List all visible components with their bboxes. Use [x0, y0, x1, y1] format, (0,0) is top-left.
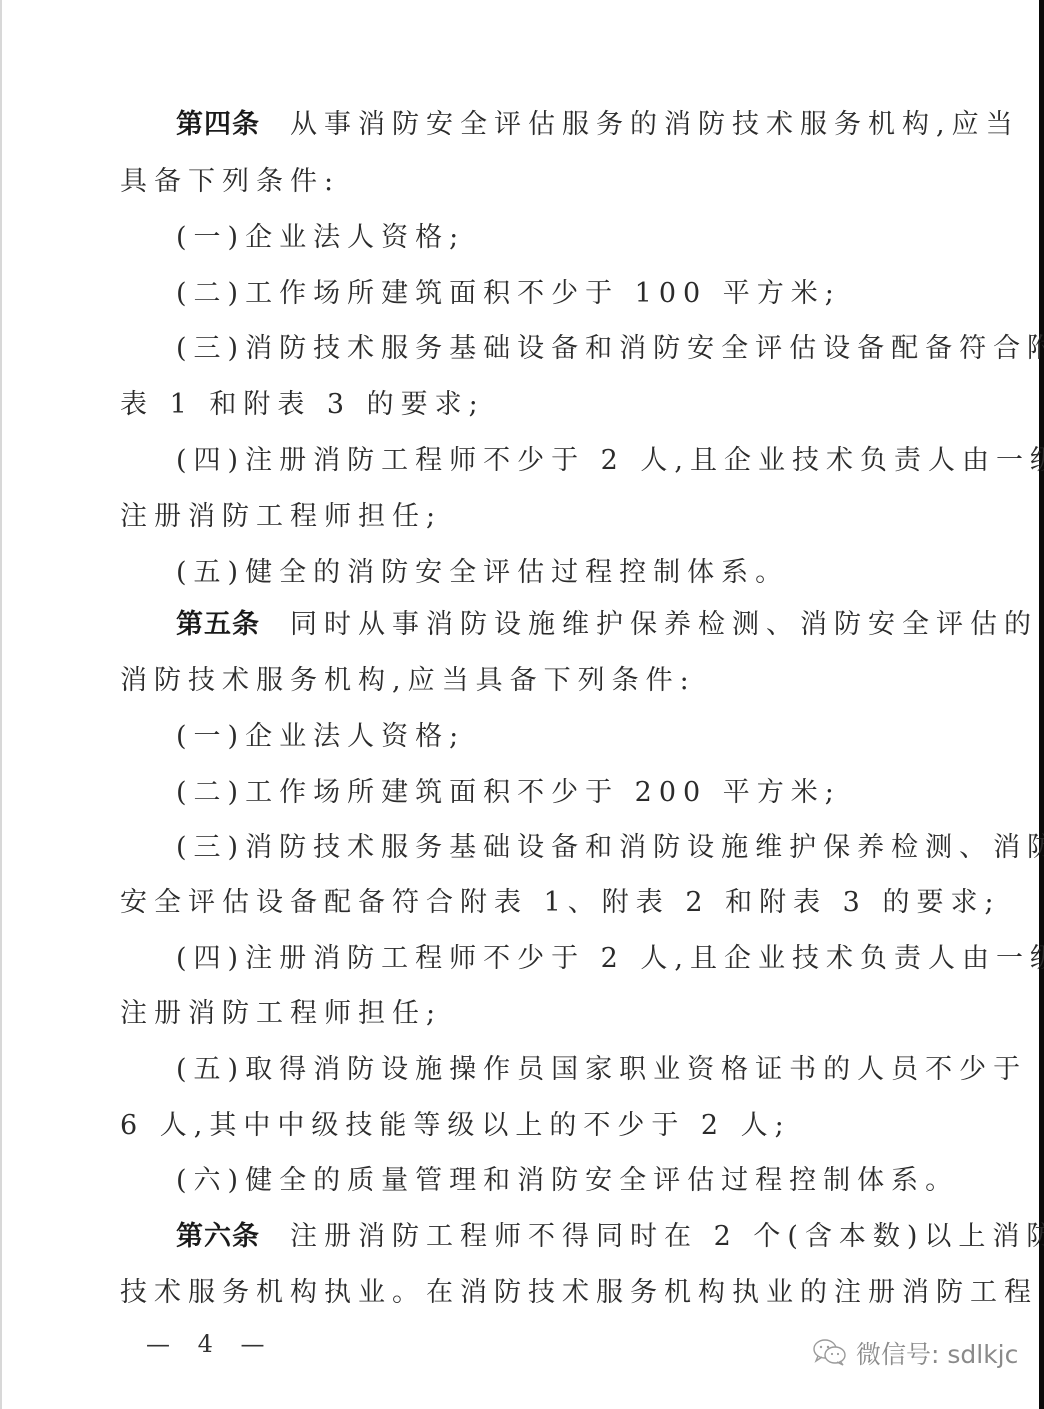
line-text: 同时从事消防设施维护保养检测、消防安全评估的: [290, 609, 1038, 640]
line-text: (六)健全的质量管理和消防安全评估过程控制体系。: [176, 1165, 959, 1196]
watermark-text: 微信号: sdlkjc: [856, 1335, 1018, 1371]
text-line: (三)消防技术服务基础设备和消防设施维护保养检测、消防: [176, 831, 1044, 865]
line-text: (二)工作场所建筑面积不少于 200 平方米;: [176, 777, 841, 808]
line-text: (三)消防技术服务基础设备和消防安全评估设备配备符合附: [176, 333, 1044, 364]
text-line: 6 人,其中中级技能等级以上的不少于 2 人;: [120, 1109, 791, 1143]
line-text: (一)企业法人资格;: [176, 721, 465, 752]
line-text: 具备下列条件:: [120, 166, 340, 197]
line-text: (四)注册消防工程师不少于 2 人,且企业技术负责人由一级: [176, 943, 1044, 974]
line-text: (五)健全的消防安全评估过程控制体系。: [176, 557, 789, 588]
line-text: 6 人,其中中级技能等级以上的不少于 2 人;: [120, 1110, 791, 1141]
article-first-line: 第四条从事消防安全评估服务的消防技术服务机构,应当: [176, 108, 1020, 142]
text-line: (三)消防技术服务基础设备和消防安全评估设备配备符合附: [176, 332, 1044, 366]
line-text: (四)注册消防工程师不少于 2 人,且企业技术负责人由一级: [176, 445, 1044, 476]
text-line: (六)健全的质量管理和消防安全评估过程控制体系。: [176, 1164, 959, 1198]
text-line: (一)企业法人资格;: [176, 221, 465, 255]
article-first-line: 第六条注册消防工程师不得同时在 2 个(含本数)以上消防: [176, 1220, 1044, 1254]
text-line: 表 1 和附表 3 的要求;: [120, 388, 485, 422]
text-line: 安全评估设备配备符合附表 1、附表 2 和附表 3 的要求;: [120, 886, 1001, 920]
line-text: (二)工作场所建筑面积不少于 100 平方米;: [176, 278, 841, 309]
text-line: 消防技术服务机构,应当具备下列条件:: [120, 664, 696, 698]
text-line: (一)企业法人资格;: [176, 720, 465, 754]
text-line: 技术服务机构执业。在消防技术服务机构执业的注册消防工程: [120, 1276, 1038, 1310]
article-heading: 第四条: [176, 109, 260, 140]
line-text: 消防技术服务机构,应当具备下列条件:: [120, 665, 696, 696]
article-first-line: 第五条同时从事消防设施维护保养检测、消防安全评估的: [176, 608, 1038, 642]
line-text: 注册消防工程师担任;: [120, 501, 442, 532]
wechat-icon: [812, 1338, 848, 1368]
article-heading: 第六条: [176, 1221, 260, 1252]
line-text: (五)取得消防设施操作员国家职业资格证书的人员不少于: [176, 1054, 1027, 1085]
text-line: (五)取得消防设施操作员国家职业资格证书的人员不少于: [176, 1053, 1027, 1087]
line-text: 从事消防安全评估服务的消防技术服务机构,应当: [290, 109, 1020, 140]
line-text: 安全评估设备配备符合附表 1、附表 2 和附表 3 的要求;: [120, 887, 1001, 918]
wechat-watermark: 微信号: sdlkjc: [812, 1335, 1018, 1371]
line-text: (一)企业法人资格;: [176, 222, 465, 253]
text-line: (二)工作场所建筑面积不少于 200 平方米;: [176, 776, 841, 810]
text-line: 注册消防工程师担任;: [120, 500, 442, 534]
line-text: (三)消防技术服务基础设备和消防设施维护保养检测、消防: [176, 832, 1044, 863]
line-text: 技术服务机构执业。在消防技术服务机构执业的注册消防工程: [120, 1277, 1038, 1308]
line-text: 注册消防工程师不得同时在 2 个(含本数)以上消防: [290, 1221, 1044, 1252]
text-line: 具备下列条件:: [120, 165, 340, 199]
page-right-edge: [1039, 0, 1044, 1409]
line-text: 表 1 和附表 3 的要求;: [120, 389, 485, 420]
text-line: (二)工作场所建筑面积不少于 100 平方米;: [176, 277, 841, 311]
article-heading: 第五条: [176, 609, 260, 640]
page-number: — 4 —: [146, 1330, 275, 1358]
text-line: (五)健全的消防安全评估过程控制体系。: [176, 556, 789, 590]
text-line: (四)注册消防工程师不少于 2 人,且企业技术负责人由一级: [176, 942, 1044, 976]
text-line: (四)注册消防工程师不少于 2 人,且企业技术负责人由一级: [176, 444, 1044, 478]
document-page: 第四条从事消防安全评估服务的消防技术服务机构,应当具备下列条件:(一)企业法人资…: [0, 0, 1039, 1409]
text-line: 注册消防工程师担任;: [120, 997, 442, 1031]
line-text: 注册消防工程师担任;: [120, 998, 442, 1029]
